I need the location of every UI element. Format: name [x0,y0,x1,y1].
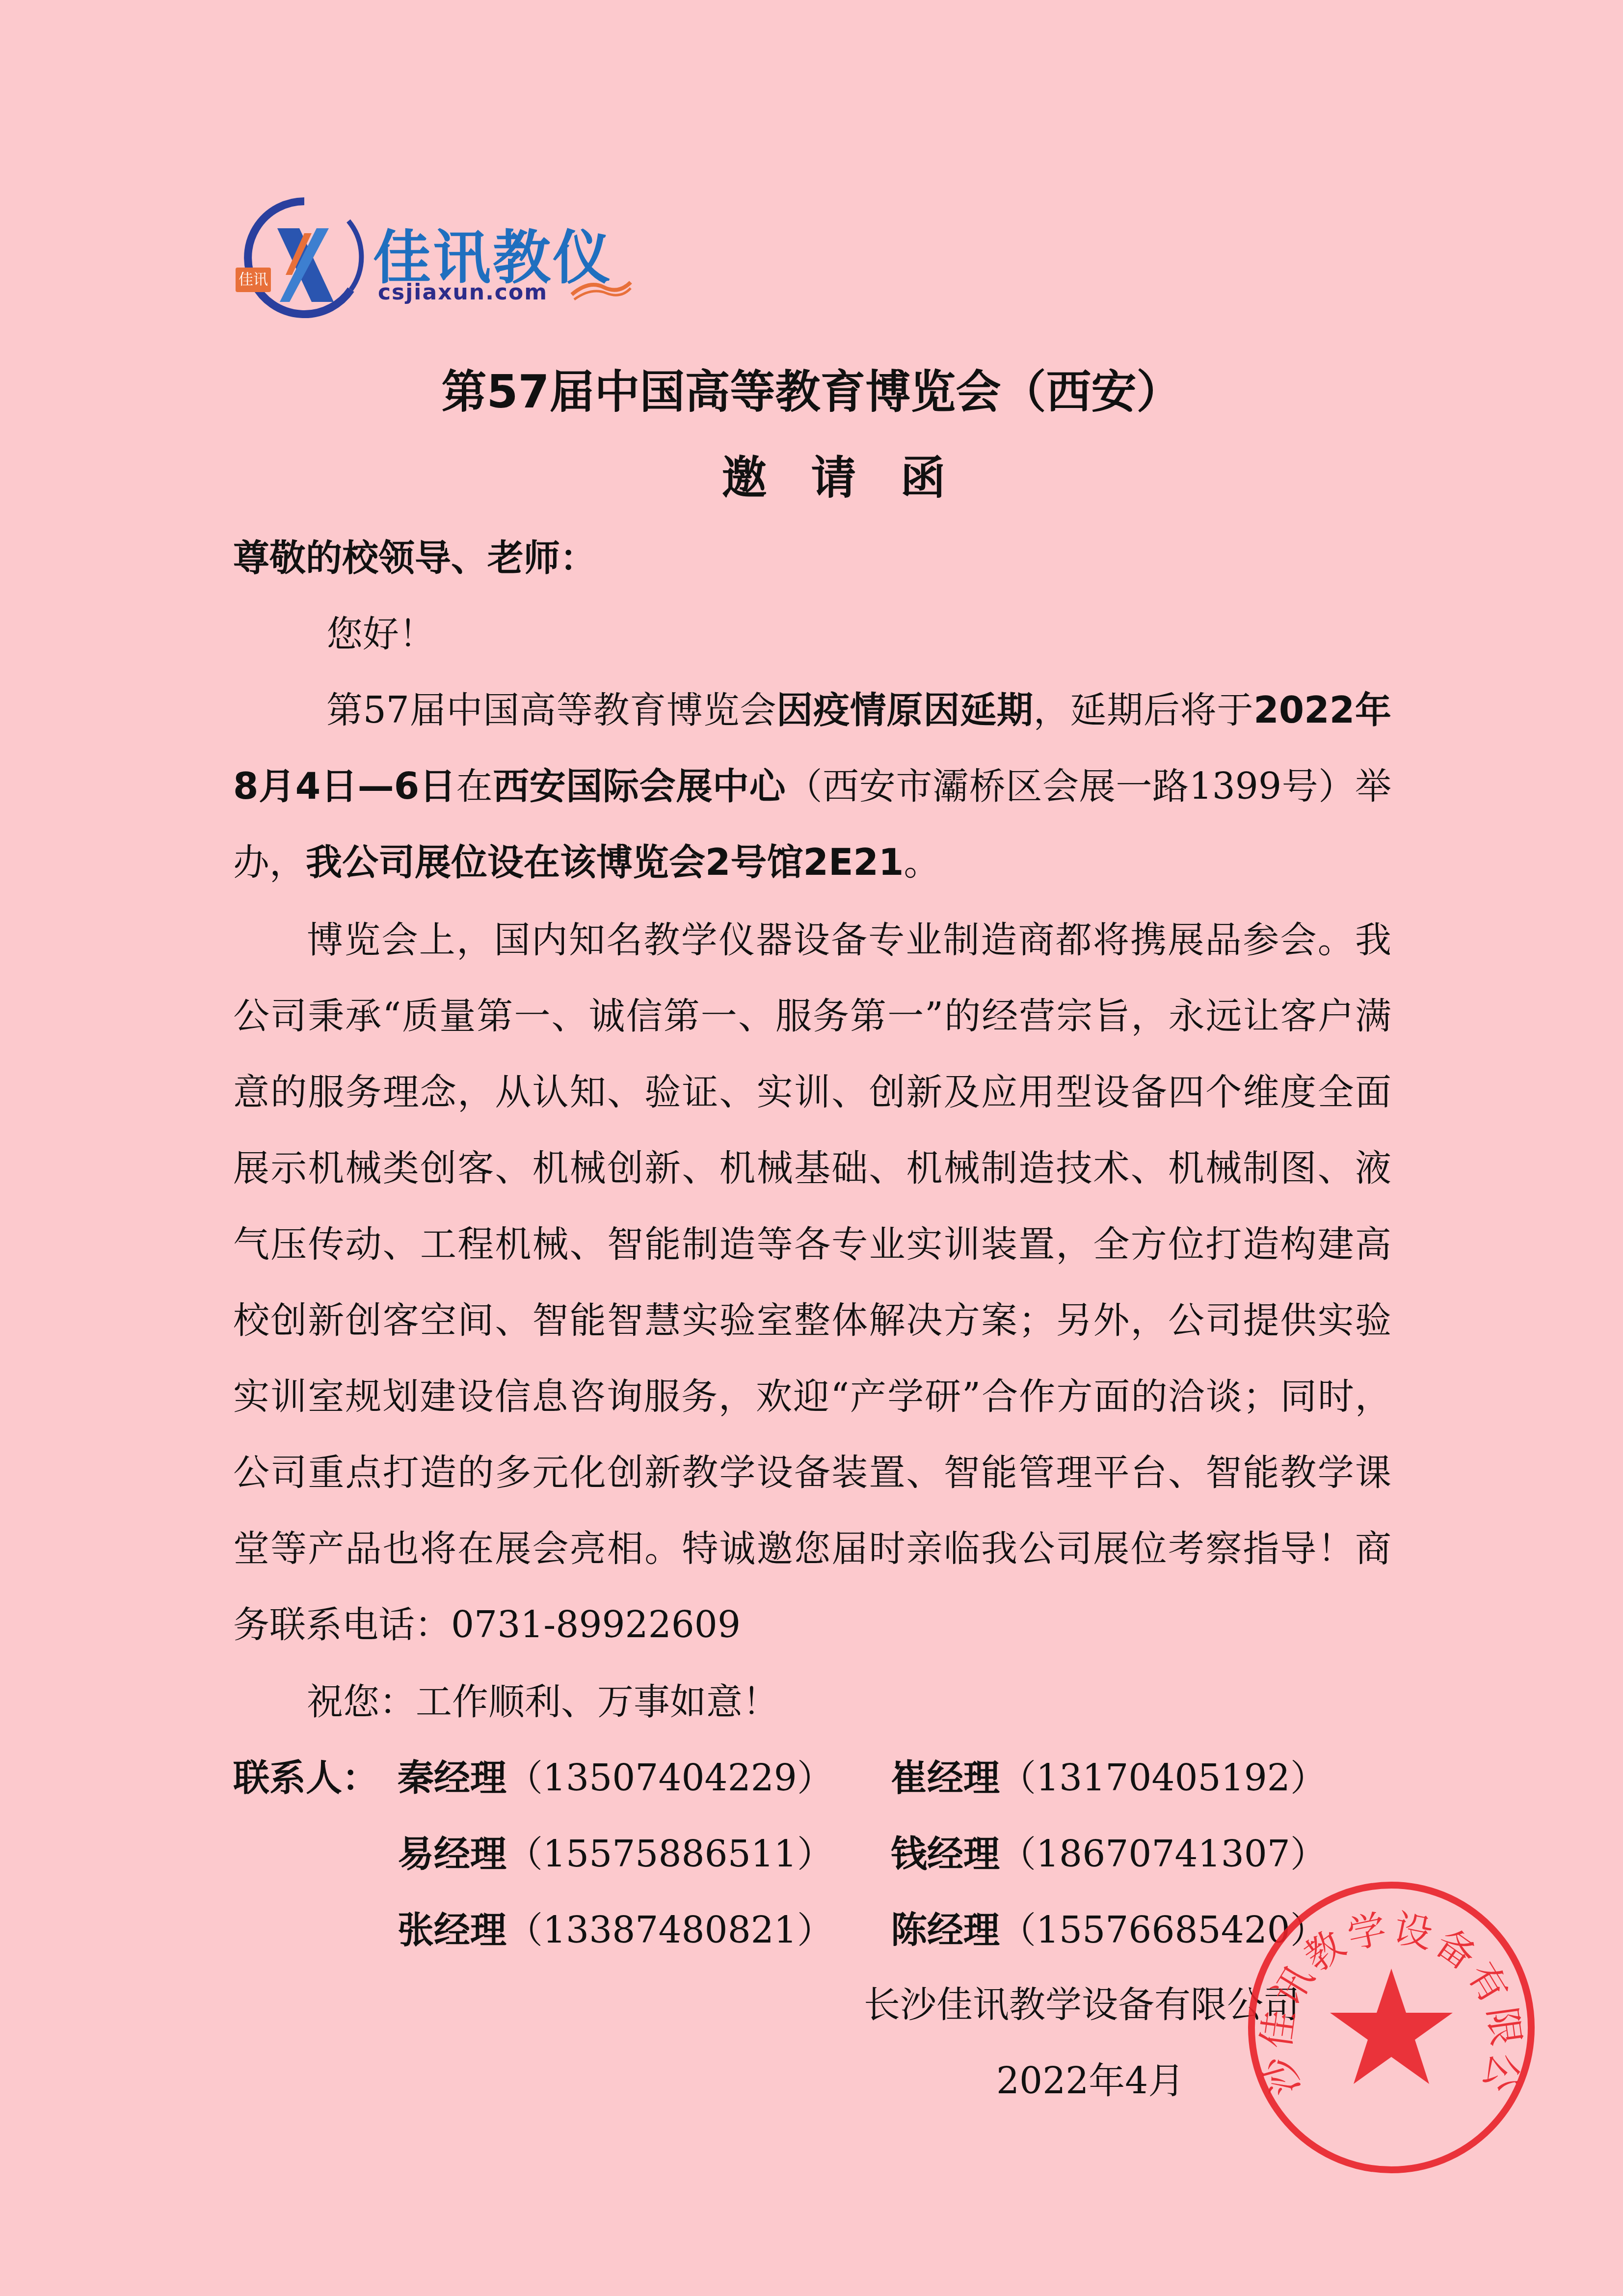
contact-phone: （15575886511） [506,1833,833,1875]
contact-row: 张经理（13387480821） 陈经理（15576685420） [233,1892,1384,1969]
company-seal-icon: 长沙佳讯教学设备有限公司 [1244,1880,1539,2175]
logo-badge: 佳讯 [236,268,271,292]
paragraph-announcement: 第57届中国高等教育博览会因疫情原因延期，延期后将于2022年8月4日—6日在西… [233,673,1391,901]
contacts-label: 联系人： [233,1740,398,1816]
page-subtitle: 邀请函 [0,442,1623,507]
wave-icon [569,277,633,302]
contact-phone: （13170405192） [1000,1757,1327,1799]
paragraph-exhibition: 博览会上，国内知名教学仪器设备专业制造商都将携展品参会。我公司秉承“质量第一、诚… [233,902,1391,1663]
contact-name: 崔经理 [891,1757,1000,1799]
contact-name: 钱经理 [891,1833,1000,1875]
p1-seg-7: 我公司展位设在该博览会2号馆2E21 [306,841,904,884]
company-logo: 佳讯 佳讯教仪 csjiaxun.com [231,191,633,319]
signature-date: 2022年4月 [996,2052,1184,2104]
p1-seg-0: 第57届中国高等教育博览会 [326,689,776,731]
contact-name: 易经理 [398,1833,506,1875]
contact-row: 联系人： 秦经理（13507404229） 崔经理（13170405192） [233,1740,1384,1816]
p1-seg-4: 在 [456,765,493,808]
contacts-block: 联系人： 秦经理（13507404229） 崔经理（13170405192） 易… [233,1740,1384,1969]
salutation: 尊敬的校领导、老师： [233,520,1391,596]
logo-url: csjiaxun.com [378,280,548,305]
contact-entry: 张经理（13387480821） [398,1892,891,1969]
greeting: 您好！ [233,596,1391,673]
star-icon [1330,1969,1453,2084]
contact-phone: （13507404229） [506,1757,833,1799]
contact-name: 陈经理 [891,1909,1000,1951]
closing-wish: 祝您：工作顺利、万事如意！ [233,1664,1391,1740]
contact-name: 张经理 [398,1909,506,1951]
p1-seg-2: ，延期后将于 [1034,689,1254,731]
p1-seg-5: 西安国际会展中心 [493,765,786,808]
signature-company: 长沙佳讯教学设备有限公司 [864,1976,1300,2028]
contact-name: 秦经理 [398,1757,506,1799]
contact-entry: 崔经理（13170405192） [891,1740,1384,1816]
page-title: 第57届中国高等教育博览会（西安） [0,356,1623,421]
contact-phone: （13387480821） [506,1909,833,1951]
p1-seg-1: 因疫情原因延期 [776,689,1033,731]
contact-entry: 易经理（15575886511） [398,1816,891,1892]
contact-row: 易经理（15575886511） 钱经理（18670741307） [233,1816,1384,1892]
contact-phone: （18670741307） [1000,1833,1327,1875]
logo-emblem-icon [231,191,373,319]
p1-seg-8: 。 [904,841,940,884]
contact-entry: 秦经理（13507404229） [398,1740,891,1816]
